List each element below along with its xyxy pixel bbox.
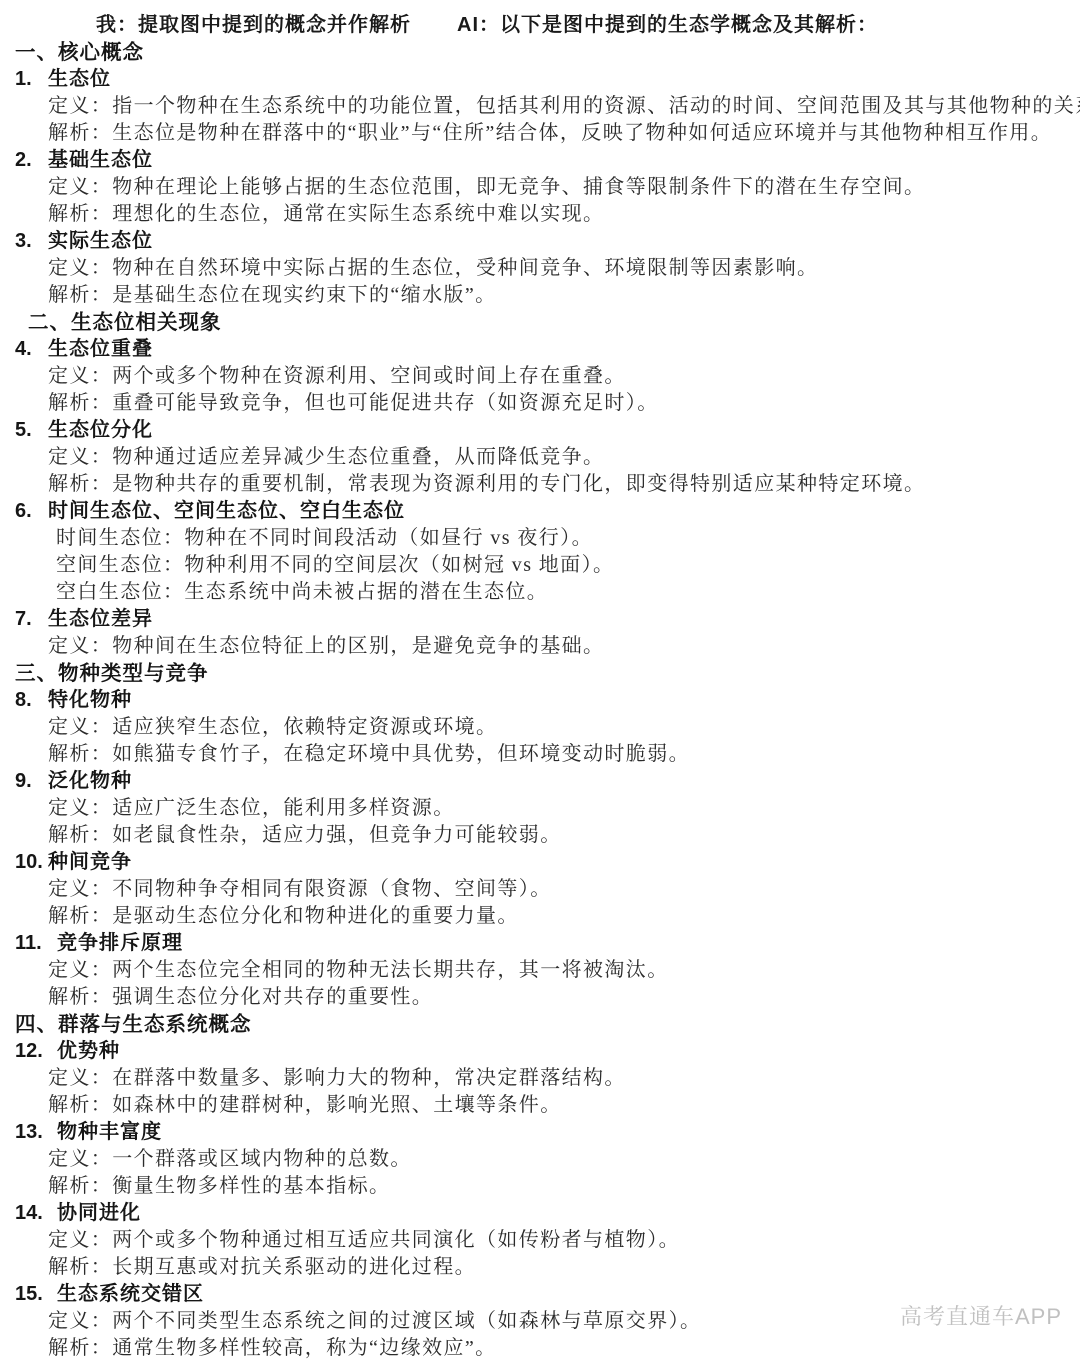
document-page: 我：提取图中提到的概念并作解析AI：以下是图中提到的生态学概念及其解析： 一、核… [0, 0, 1080, 1368]
item-title: 优势种 [57, 1040, 120, 1062]
user-prompt-text: 我：提取图中提到的概念并作解析 [96, 14, 411, 36]
item-header: 11.竞争排斥原理 [0, 930, 1080, 957]
item-header: 9.泛化物种 [0, 768, 1080, 795]
item-header: 5.生态位分化 [0, 417, 1080, 444]
item-header: 8.特化物种 [0, 687, 1080, 714]
item-number: 15. [15, 1281, 57, 1308]
item-header: 2.基础生态位 [0, 147, 1080, 174]
item-detail-line: 解析：生态位是物种在群落中的“职业”与“住所”结合体，反映了物种如何适应环境并与… [0, 120, 1080, 147]
item-title: 泛化物种 [48, 770, 132, 792]
item-header: 4.生态位重叠 [0, 336, 1080, 363]
item-number: 2. [15, 147, 48, 174]
item-header: 1.生态位 [0, 66, 1080, 93]
item-detail-line: 解析：重叠可能导致竞争，但也可能促进共存（如资源充足时）。 [0, 390, 1080, 417]
item-title: 时间生态位、空间生态位、空白生态位 [48, 500, 405, 522]
item-title: 种间竞争 [48, 851, 132, 873]
item-detail-line: 定义：适应狭窄生态位，依赖特定资源或环境。 [0, 714, 1080, 741]
item-title: 生态位 [48, 68, 111, 90]
item-detail-line: 解析：是驱动生态位分化和物种进化的重要力量。 [0, 903, 1080, 930]
item-detail-line: 解析：强调生态位分化对共存的重要性。 [0, 984, 1080, 1011]
item-number: 10. [15, 849, 48, 876]
item-detail-line: 解析：理想化的生态位，通常在实际生态系统中难以实现。 [0, 201, 1080, 228]
section-title: 二、生态位相关现象 [0, 309, 1080, 336]
item-title: 生态位分化 [48, 419, 153, 441]
item-number: 11. [15, 930, 57, 957]
item-number: 6. [15, 498, 48, 525]
item-detail-line: 定义：物种通过适应差异减少生态位重叠，从而降低竞争。 [0, 444, 1080, 471]
item-title: 物种丰富度 [57, 1121, 162, 1143]
item-detail-line: 解析：是基础生态位在现实约束下的“缩水版”。 [0, 282, 1080, 309]
item-number: 8. [15, 687, 48, 714]
item-detail-line: 解析：衡量生物多样性的基本指标。 [0, 1173, 1080, 1200]
item-header: 10.种间竞争 [0, 849, 1080, 876]
item-number: 14. [15, 1200, 57, 1227]
item-header: 6.时间生态位、空间生态位、空白生态位 [0, 498, 1080, 525]
item-detail-line: 解析：长期互惠或对抗关系驱动的进化过程。 [0, 1254, 1080, 1281]
item-detail-line: 定义：一个群落或区域内物种的总数。 [0, 1146, 1080, 1173]
section-title: 四、群落与生态系统概念 [0, 1011, 1080, 1038]
item-detail-line: 解析：是物种共存的重要机制，常表现为资源利用的专门化，即变得特别适应某种特定环境… [0, 471, 1080, 498]
item-header: 3.实际生态位 [0, 228, 1080, 255]
item-detail-line: 解析：如老鼠食性杂，适应力强，但竞争力可能较弱。 [0, 822, 1080, 849]
item-title: 基础生态位 [48, 149, 153, 171]
item-detail-line: 空白生态位：生态系统中尚未被占据的潜在生态位。 [0, 579, 1080, 606]
item-detail-line: 时间生态位：物种在不同时间段活动（如昼行 vs 夜行）。 [0, 525, 1080, 552]
item-detail-line: 定义：两个生态位完全相同的物种无法长期共存，其一将被淘汰。 [0, 957, 1080, 984]
item-title: 生态位重叠 [48, 338, 153, 360]
item-detail-line: 解析：如熊猫专食竹子，在稳定环境中具优势，但环境变动时脆弱。 [0, 741, 1080, 768]
item-number: 9. [15, 768, 48, 795]
item-title: 竞争排斥原理 [57, 932, 183, 954]
item-detail-line: 定义：两个或多个物种在资源利用、空间或时间上存在重叠。 [0, 363, 1080, 390]
section-title: 一、核心概念 [0, 39, 1080, 66]
item-detail-line: 解析：如森林中的建群树种，影响光照、土壤等条件。 [0, 1092, 1080, 1119]
item-number: 13. [15, 1119, 57, 1146]
item-detail-line: 定义：物种间在生态位特征上的区别，是避免竞争的基础。 [0, 633, 1080, 660]
item-number: 5. [15, 417, 48, 444]
item-number: 4. [15, 336, 48, 363]
item-detail-line: 空间生态位：物种利用不同的空间层次（如树冠 vs 地面）。 [0, 552, 1080, 579]
item-detail-line: 定义：指一个物种在生态系统中的功能位置，包括其利用的资源、活动的时间、空间范围及… [0, 93, 1080, 120]
item-title: 特化物种 [48, 689, 132, 711]
item-title: 生态系统交错区 [57, 1283, 204, 1305]
section-title: 三、物种类型与竞争 [0, 660, 1080, 687]
item-detail-line: 定义：适应广泛生态位，能利用多样资源。 [0, 795, 1080, 822]
app-watermark: 高考直通车APP [900, 1300, 1062, 1331]
ai-response-intro-text: AI：以下是图中提到的生态学概念及其解析： [457, 14, 878, 36]
item-detail-line: 定义：在群落中数量多、影响力大的物种，常决定群落结构。 [0, 1065, 1080, 1092]
item-header: 13.物种丰富度 [0, 1119, 1080, 1146]
item-detail-line: 定义：不同物种争夺相同有限资源（食物、空间等）。 [0, 876, 1080, 903]
item-header: 12.优势种 [0, 1038, 1080, 1065]
item-detail-line: 定义：物种在理论上能够占据的生态位范围，即无竞争、捕食等限制条件下的潜在生存空间… [0, 174, 1080, 201]
item-number: 3. [15, 228, 48, 255]
item-title: 协同进化 [57, 1202, 141, 1224]
item-detail-line: 解析：通常生物多样性较高，称为“边缘效应”。 [0, 1335, 1080, 1362]
item-detail-line: 定义：两个或多个物种通过相互适应共同演化（如传粉者与植物）。 [0, 1227, 1080, 1254]
chat-header-line: 我：提取图中提到的概念并作解析AI：以下是图中提到的生态学概念及其解析： [0, 12, 1080, 39]
item-header: 14.协同进化 [0, 1200, 1080, 1227]
item-title: 实际生态位 [48, 230, 153, 252]
item-number: 12. [15, 1038, 57, 1065]
item-number: 1. [15, 66, 48, 93]
concept-list: 一、核心概念1.生态位定义：指一个物种在生态系统中的功能位置，包括其利用的资源、… [0, 39, 1080, 1362]
item-detail-line: 定义：物种在自然环境中实际占据的生态位，受种间竞争、环境限制等因素影响。 [0, 255, 1080, 282]
item-number: 7. [15, 606, 48, 633]
item-title: 生态位差异 [48, 608, 153, 630]
item-header: 7.生态位差异 [0, 606, 1080, 633]
